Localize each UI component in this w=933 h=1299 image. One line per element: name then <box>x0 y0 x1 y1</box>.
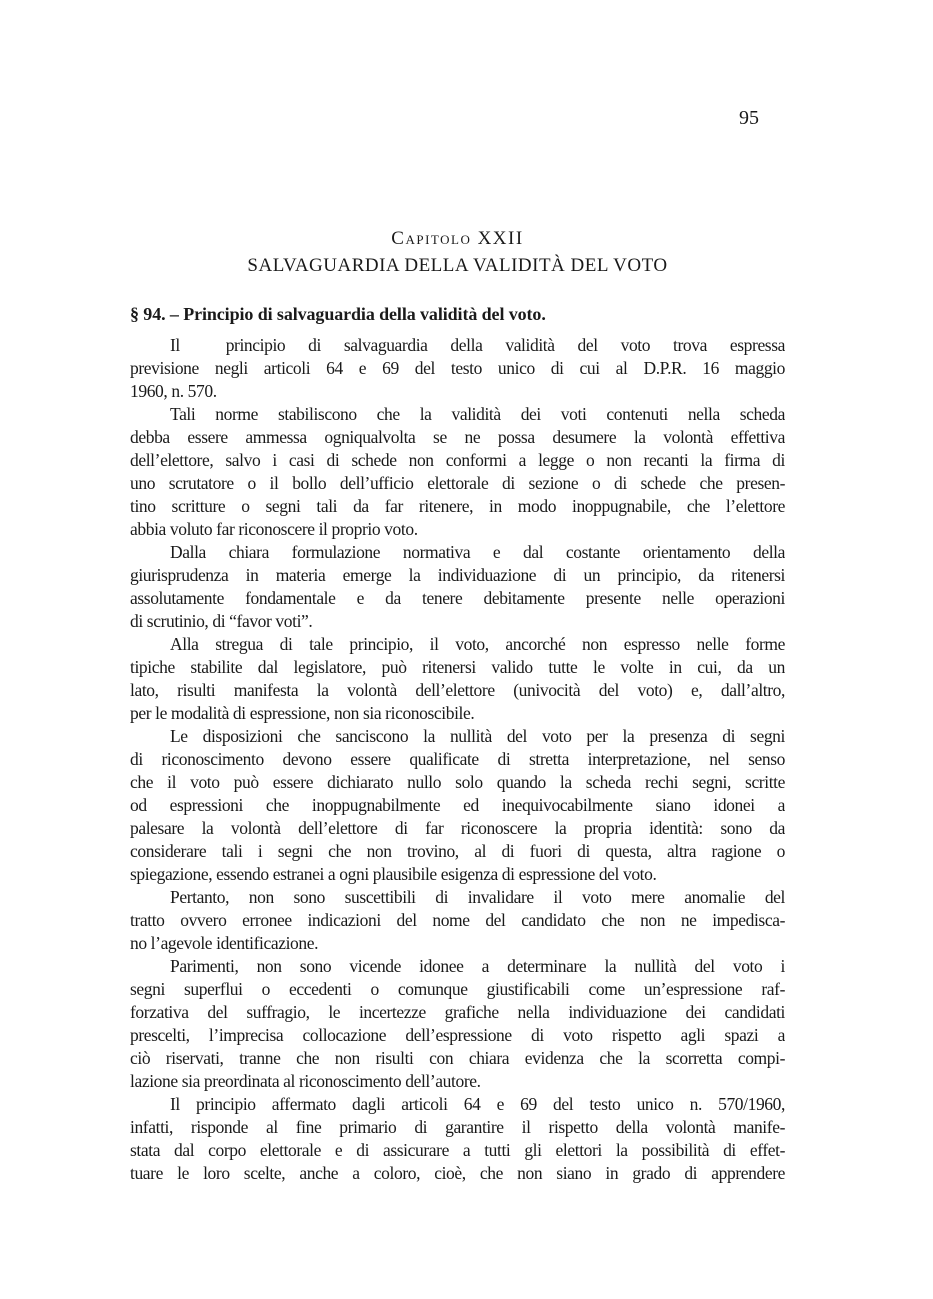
text-line: Parimenti, non sono vicende idonee a det… <box>130 955 785 978</box>
text-line: di riconoscimento devono essere qualific… <box>130 748 785 771</box>
text-line: dell’elettore, salvo i casi di schede no… <box>130 449 785 472</box>
text-line: 1960, n. 570. <box>130 380 785 403</box>
body-text: Il principio di salvaguardia della valid… <box>130 334 785 1185</box>
paragraph: Il principio affermato dagli articoli 64… <box>130 1093 785 1185</box>
text-line: stata dal corpo elettorale e di assicura… <box>130 1139 785 1162</box>
text-line: tipiche stabilite dal legislatore, può r… <box>130 656 785 679</box>
text-line: abbia voluto far riconoscere il proprio … <box>130 518 785 541</box>
text-line: spiegazione, essendo estranei a ogni pla… <box>130 863 785 886</box>
text-line: tratto ovvero erronee indicazioni del no… <box>130 909 785 932</box>
paragraph: Parimenti, non sono vicende idonee a det… <box>130 955 785 1093</box>
text-line: forzativa del suffragio, le incertezze g… <box>130 1001 785 1024</box>
text-line: Pertanto, non sono suscettibili di inval… <box>130 886 785 909</box>
paragraph: Le disposizioni che sanciscono la nullit… <box>130 725 785 886</box>
text-line: Alla stregua di tale principio, il voto,… <box>130 633 785 656</box>
text-line: Le disposizioni che sanciscono la nullit… <box>130 725 785 748</box>
text-line: Il principio affermato dagli articoli 64… <box>130 1093 785 1116</box>
text-line: od espressioni che inoppugnabilmente ed … <box>130 794 785 817</box>
text-line: no l’agevole identificazione. <box>130 932 785 955</box>
text-line: per le modalità di espressione, non sia … <box>130 702 785 725</box>
page-number: 95 <box>739 105 759 131</box>
text-line: assolutamente fondamentale e da tenere d… <box>130 587 785 610</box>
paragraph: Il principio di salvaguardia della valid… <box>130 334 785 403</box>
chapter-title: SALVAGUARDIA DELLA VALIDITÀ DEL VOTO <box>130 253 785 278</box>
text-line: giurisprudenza in materia emerge la indi… <box>130 564 785 587</box>
text-line: previsione negli articoli 64 e 69 del te… <box>130 357 785 380</box>
book-page: 95 Capitolo XXII SALVAGUARDIA DELLA VALI… <box>0 0 933 1299</box>
text-line: tino scritture o segni tali da far riten… <box>130 495 785 518</box>
text-line: di scrutinio, di “favor voti”. <box>130 610 785 633</box>
text-line: tuare le loro scelte, anche a coloro, ci… <box>130 1162 785 1185</box>
text-line: segni superflui o eccedenti o comunque g… <box>130 978 785 1001</box>
text-line: Tali norme stabiliscono che la validità … <box>130 403 785 426</box>
text-line: Dalla chiara formulazione normativa e da… <box>130 541 785 564</box>
text-line: considerare tali i segni che non trovino… <box>130 840 785 863</box>
text-line: lato, risulti manifesta la volontà dell’… <box>130 679 785 702</box>
text-line: uno scrutatore o il bollo dell’ufficio e… <box>130 472 785 495</box>
text-line: Il principio di salvaguardia della valid… <box>130 334 785 357</box>
paragraph: Tali norme stabiliscono che la validità … <box>130 403 785 541</box>
paragraph: Alla stregua di tale principio, il voto,… <box>130 633 785 725</box>
paragraph: Dalla chiara formulazione normativa e da… <box>130 541 785 633</box>
paragraph: Pertanto, non sono suscettibili di inval… <box>130 886 785 955</box>
chapter-heading: Capitolo XXII <box>130 227 785 251</box>
text-line: che il voto può essere dichiarato nullo … <box>130 771 785 794</box>
text-line: infatti, risponde al fine primario di ga… <box>130 1116 785 1139</box>
section-heading: § 94. – Principio di salvaguardia della … <box>130 302 785 326</box>
text-line: lazione sia preordinata al riconosciment… <box>130 1070 785 1093</box>
text-line: palesare la volontà dell’elettore di far… <box>130 817 785 840</box>
text-line: prescelti, l’imprecisa collocazione dell… <box>130 1024 785 1047</box>
text-line: ciò riservati, tranne che non risulti co… <box>130 1047 785 1070</box>
text-line: debba essere ammessa ogniqualvolta se ne… <box>130 426 785 449</box>
